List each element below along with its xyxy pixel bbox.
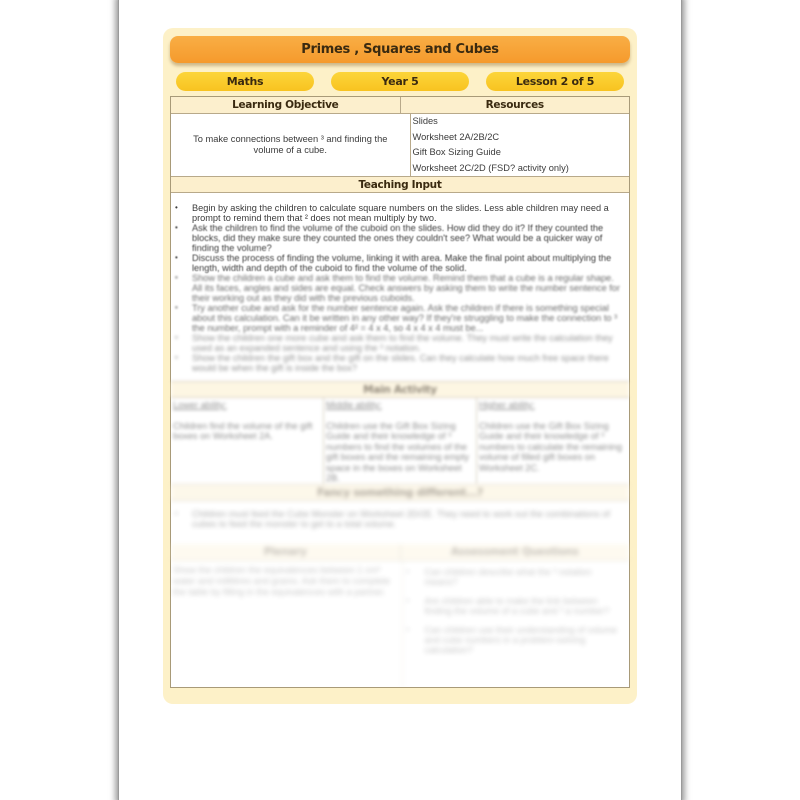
- learning-objective-text: To make connections between ³ and findin…: [171, 114, 410, 176]
- lesson-plan-table: Learning Objective Resources To make con…: [170, 96, 630, 688]
- resource-item: Gift Box Sizing Guide: [413, 145, 628, 161]
- resource-item: Worksheet 2C/2D (FSD? activity only): [413, 161, 628, 177]
- lesson-number-badge: Lesson 2 of 5: [486, 72, 624, 91]
- main-activity-heading: Main Activity: [171, 381, 629, 398]
- teaching-step: Try another cube and ask for the number …: [175, 303, 621, 333]
- assessment-question: Can children use their understanding of …: [407, 625, 624, 655]
- teaching-step: Show the children a cube and ask them to…: [175, 273, 621, 303]
- main-activity-row: Lower ability: Children find the volume …: [171, 398, 629, 484]
- resources-list: Slides Worksheet 2A/2B/2C Gift Box Sizin…: [410, 114, 630, 176]
- assessment-question: Can children describe what the ³ notatio…: [407, 567, 624, 587]
- teaching-step: Show the children one more cube and ask …: [175, 333, 621, 353]
- teaching-input-heading: Teaching Input: [171, 176, 629, 193]
- plenary-text: Show the children the equivalences betwe…: [171, 561, 402, 687]
- lesson-meta-row: Maths Year 5 Lesson 2 of 5: [176, 72, 624, 91]
- objective-header-row: Learning Objective Resources: [171, 97, 629, 114]
- year-badge: Year 5: [331, 72, 469, 91]
- ability-text: Children find the volume of the gift box…: [173, 421, 312, 442]
- ability-label: Middle ability:: [326, 400, 474, 411]
- assessment-questions: Can children describe what the ³ notatio…: [402, 561, 630, 687]
- ability-label: Higher ability:: [479, 400, 627, 411]
- resource-item: Slides: [413, 114, 628, 130]
- teaching-step: Ask the children to find the volume of t…: [175, 223, 621, 253]
- assessment-heading: Assessment Questions: [400, 544, 630, 561]
- ability-label: Lower ability:: [173, 400, 321, 411]
- lower-ability-cell: Lower ability: Children find the volume …: [171, 398, 323, 484]
- extension-activity: Children must feed the Cube Monster on W…: [175, 509, 621, 529]
- ability-text: Children use the Gift Box Sizing Guide a…: [479, 421, 622, 473]
- resource-item: Worksheet 2A/2B/2C: [413, 130, 628, 146]
- lesson-plan-sheet: Primes , Squares and Cubes Maths Year 5 …: [163, 28, 637, 704]
- assessment-question: Are children able to make the link betwe…: [407, 596, 624, 616]
- teaching-step: Show the children the gift box and the g…: [175, 353, 621, 373]
- higher-ability-cell: Higher ability: Children use the Gift Bo…: [476, 398, 629, 484]
- teaching-input-section: Begin by asking the children to calculat…: [171, 193, 629, 381]
- subject-badge: Maths: [176, 72, 314, 91]
- plenary-row: Show the children the equivalences betwe…: [171, 561, 629, 687]
- teaching-step: Begin by asking the children to calculat…: [175, 203, 621, 223]
- fancy-something-section: Children must feed the Cube Monster on W…: [171, 501, 629, 544]
- middle-ability-cell: Middle ability: Children use the Gift Bo…: [323, 398, 476, 484]
- resources-heading: Resources: [400, 97, 630, 114]
- plenary-header-row: Plenary Assessment Questions: [171, 544, 629, 561]
- objective-row: To make connections between ³ and findin…: [171, 114, 629, 176]
- teaching-step: Discuss the process of finding the volum…: [175, 253, 621, 273]
- plenary-heading: Plenary: [171, 544, 400, 561]
- fancy-something-heading: Fancy something different...?: [171, 484, 629, 501]
- learning-objective-heading: Learning Objective: [171, 97, 400, 114]
- ability-text: Children use the Gift Box Sizing Guide a…: [326, 421, 469, 484]
- lesson-title: Primes , Squares and Cubes: [170, 36, 630, 63]
